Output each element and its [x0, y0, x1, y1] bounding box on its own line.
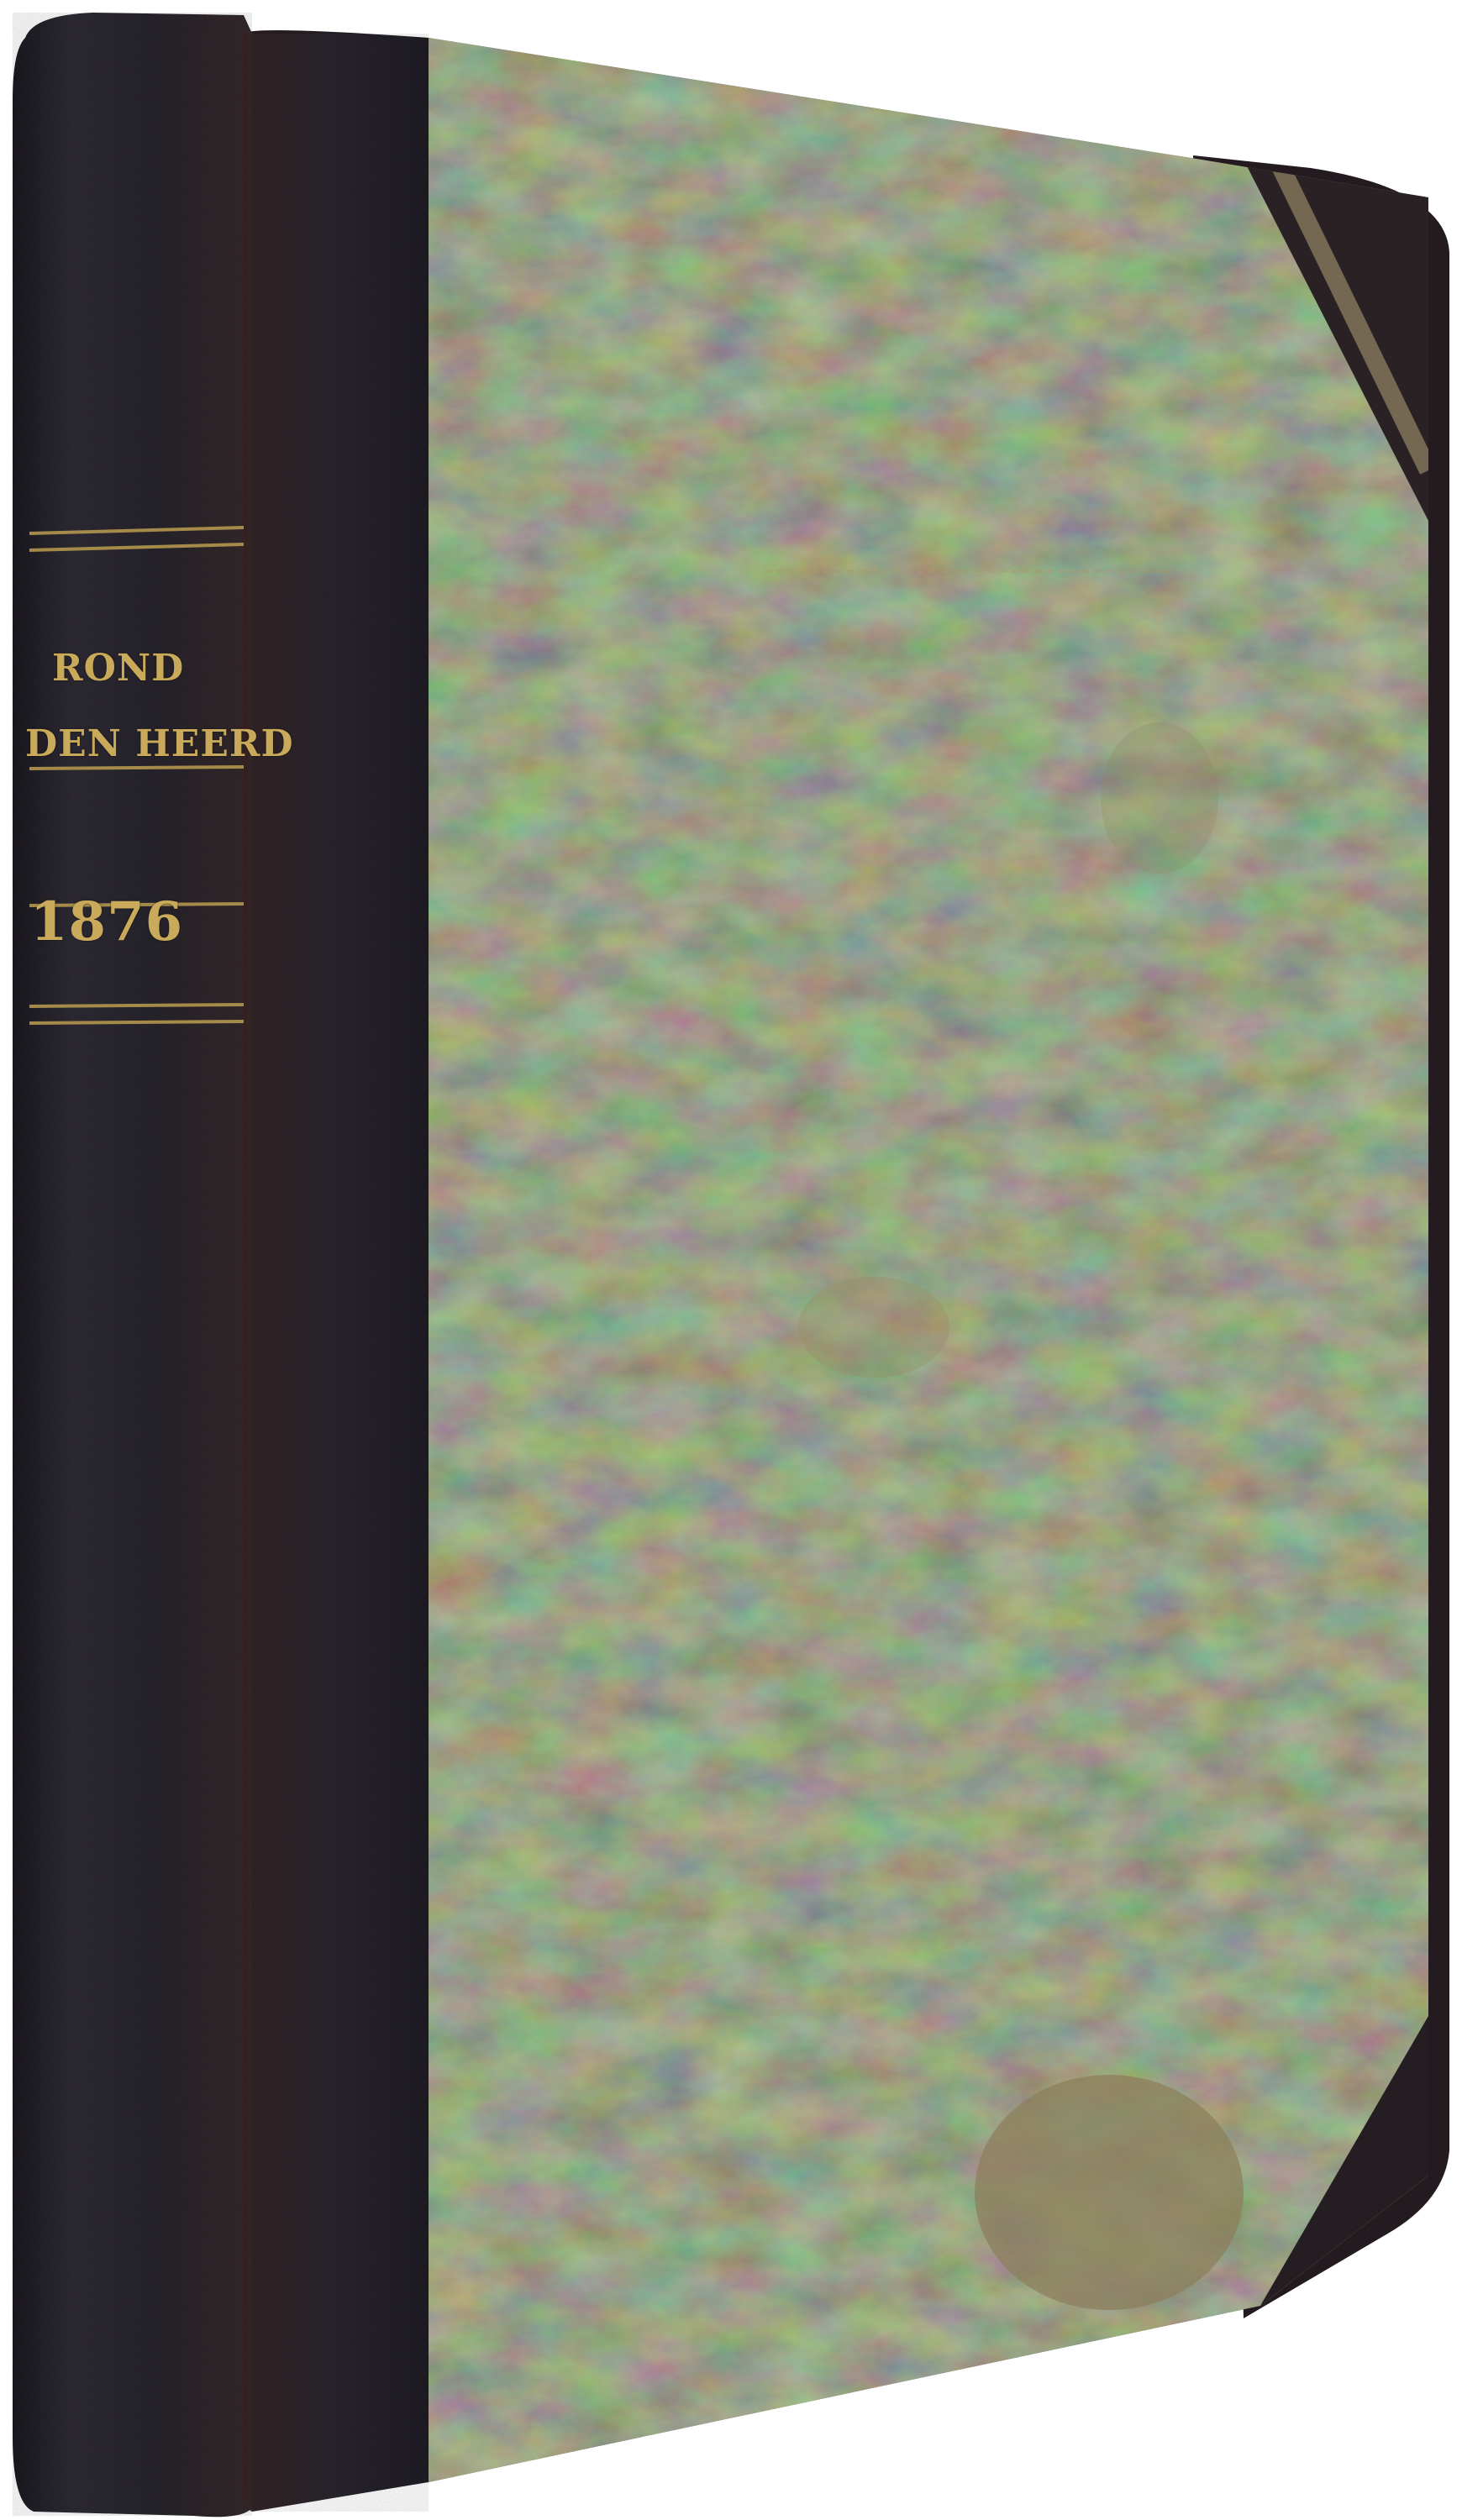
spine-title-line1: ROND: [52, 647, 184, 690]
book-illustration: [0, 0, 1462, 2520]
spine-year: 1876: [30, 890, 183, 953]
book-photo: ROND DEN HEERD 1876: [0, 0, 1462, 2520]
spine-title-line2: DEN HEERD: [25, 722, 294, 765]
